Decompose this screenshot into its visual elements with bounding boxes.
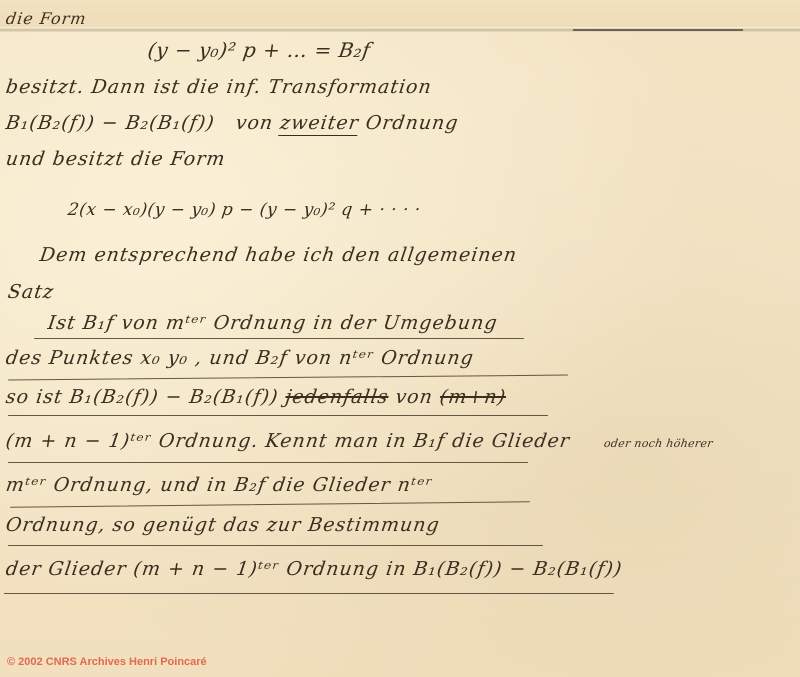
commutator-expr: B₁(B₂(f)) − B₂(B₁(f)) von	[4, 112, 281, 134]
underline-1	[34, 338, 524, 339]
copyright-watermark: © 2002 CNRS Archives Henri Poincaré	[7, 656, 207, 668]
theorem-line-5: mᵗᵉʳ Ordnung, und in B₂f die Glieder nᵗᵉ…	[4, 474, 434, 496]
line-satz: Satz	[6, 281, 55, 303]
so-ist-expr: so ist B₁(B₂(f)) − B₂(B₁(f))	[4, 386, 287, 408]
theorem-line-7: der Glieder (m + n − 1)ᵗᵉʳ Ordnung in B₁…	[4, 558, 623, 580]
theorem-line-1: Ist B₁f von mᵗᵉʳ Ordnung in der Umgebung	[46, 312, 499, 334]
von-word: von	[387, 386, 442, 408]
theorem-line-2: des Punktes x₀ y₀ , und B₂f von nᵗᵉʳ Ord…	[4, 347, 475, 369]
theorem-line-4: (m + n − 1)ᵗᵉʳ Ordnung. Kennt man in B₁f…	[4, 430, 571, 452]
formula-second-order: 2(x − x₀)(y − y₀) p − (y − y₀)² q + · · …	[67, 200, 422, 220]
underlined-zweiter: zweiter	[278, 112, 360, 136]
margin-note: oder noch höherer	[603, 437, 714, 450]
underline-7	[4, 593, 614, 594]
struck-m-plus-n: (m+n)	[438, 386, 507, 408]
line-besitzt: besitzt. Dann ist die inf. Transformatio…	[4, 76, 433, 98]
struck-jedenfalls: jedenfalls	[284, 386, 390, 408]
line-und-besitzt: und besitzt die Form	[4, 148, 227, 170]
underline-2	[8, 375, 568, 381]
line-die-form: die Form	[5, 9, 88, 28]
ordnung-word: Ordnung	[357, 112, 460, 134]
line-commutator: B₁(B₂(f)) − B₂(B₁(f)) von zweiter Ordnun…	[4, 112, 460, 134]
theorem-line-3: so ist B₁(B₂(f)) − B₂(B₁(f)) jedenfalls …	[4, 386, 507, 408]
underline-4	[8, 462, 528, 463]
underline-6	[8, 545, 543, 546]
line-dem-entsprechend: Dem entsprechend habe ich den allgemeine…	[38, 244, 518, 266]
theorem-line-6: Ordnung, so genügt das zur Bestimmung	[4, 514, 441, 536]
page-top-edge	[0, 0, 800, 28]
formula-b2f: (y − y₀)² p + … = B₂f	[146, 38, 372, 62]
underline-5	[10, 501, 530, 508]
underline-3	[8, 415, 548, 416]
fold-crease	[573, 29, 743, 31]
